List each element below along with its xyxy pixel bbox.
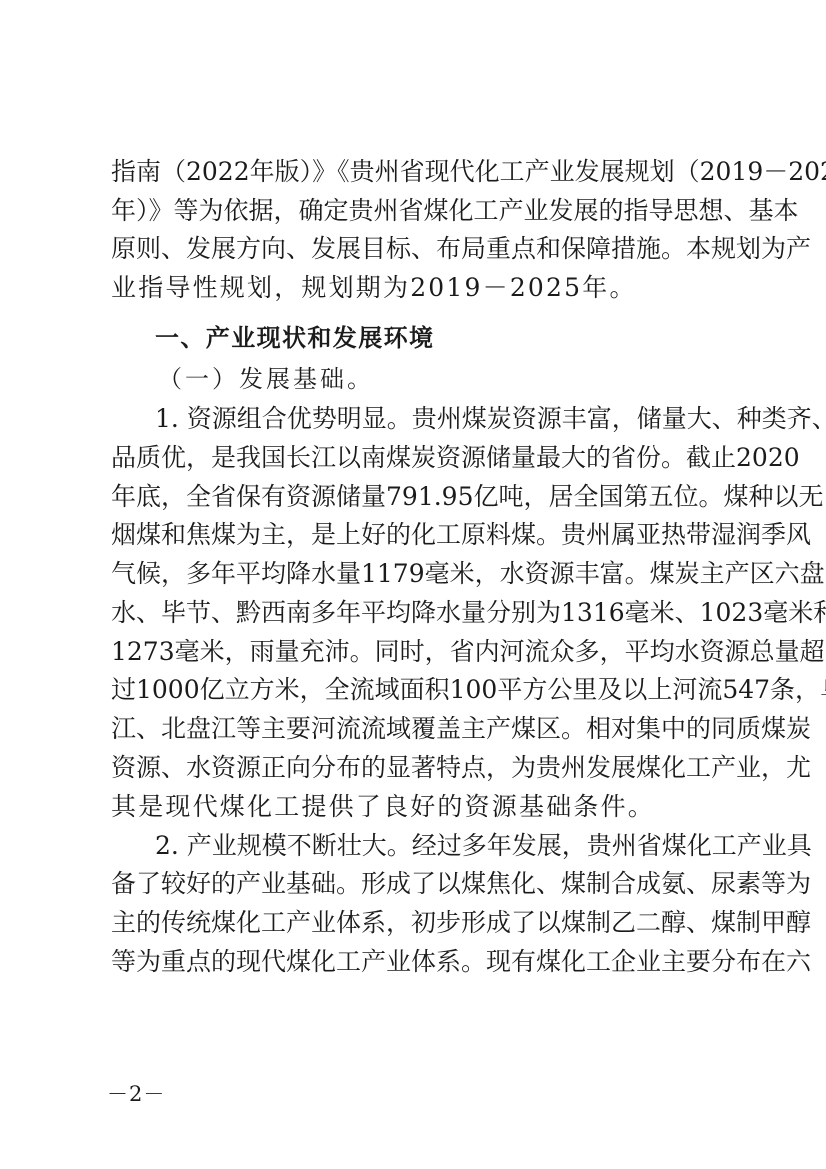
subsection-heading: （一）发展基础。 bbox=[158, 360, 718, 398]
intro-line-3: 原则、发展方向、发展目标、布局重点和保障措施。本规划为产 bbox=[111, 230, 722, 268]
paragraph-1-line-2: 品质优，是我国长江以南煤炭资源储量最大的省份。截止2020 bbox=[111, 439, 722, 477]
paragraph-2-line-1: 2. 产业规模不断壮大。经过多年发展，贵州省煤化工产业具 bbox=[155, 827, 722, 865]
paragraph-2-line-2: 备了较好的产业基础。形成了以煤焦化、煤制合成氨、尿素等为 bbox=[111, 865, 722, 903]
paragraph-1-line-1: 1. 资源组合优势明显。贵州煤炭资源丰富，储量大、种类齐、 bbox=[155, 400, 722, 438]
page-number: －2－ bbox=[107, 1081, 165, 1107]
intro-line-1: 指南（2022年版）》《贵州省现代化工产业发展规划（2019－2025 bbox=[111, 153, 722, 191]
paragraph-1-line-8: 过1000亿立方米，全流域面积100平方公里及以上河流547条，乌 bbox=[111, 671, 722, 709]
paragraph-1-line-7: 1273毫米，雨量充沛。同时，省内河流众多，平均水资源总量超 bbox=[111, 633, 722, 671]
paragraph-1-line-11: 其是现代煤化工提供了良好的资源基础条件。 bbox=[111, 788, 722, 826]
paragraph-1-line-5: 气候，多年平均降水量1179毫米，水资源丰富。煤炭主产区六盘 bbox=[111, 555, 722, 593]
paragraph-1-line-10: 资源、水资源正向分布的显著特点，为贵州发展煤化工产业，尤 bbox=[111, 749, 722, 787]
intro-line-4: 业指导性规划，规划期为2019－2025年。 bbox=[111, 269, 722, 307]
paragraph-1-line-4: 烟煤和焦煤为主，是上好的化工原料煤。贵州属亚热带湿润季风 bbox=[111, 516, 722, 554]
document-page: 指南（2022年版）》《贵州省现代化工产业发展规划（2019－2025 年）》等… bbox=[0, 0, 826, 1169]
section-heading: 一、产业现状和发展环境 bbox=[155, 319, 722, 357]
paragraph-2-line-3: 主的传统煤化工产业体系，初步形成了以煤制乙二醇、煤制甲醇 bbox=[111, 904, 722, 942]
paragraph-1-line-9: 江、北盘江等主要河流流域覆盖主产煤区。相对集中的同质煤炭 bbox=[111, 710, 722, 748]
paragraph-2-line-4: 等为重点的现代煤化工产业体系。现有煤化工企业主要分布在六 bbox=[111, 943, 722, 981]
paragraph-1-line-6: 水、毕节、黔西南多年平均降水量分别为1316毫米、1023毫米和 bbox=[111, 594, 722, 632]
intro-line-2: 年）》等为依据，确定贵州省煤化工产业发展的指导思想、基本 bbox=[111, 192, 722, 230]
paragraph-1-line-3: 年底，全省保有资源储量791.95亿吨，居全国第五位。煤种以无 bbox=[111, 478, 722, 516]
